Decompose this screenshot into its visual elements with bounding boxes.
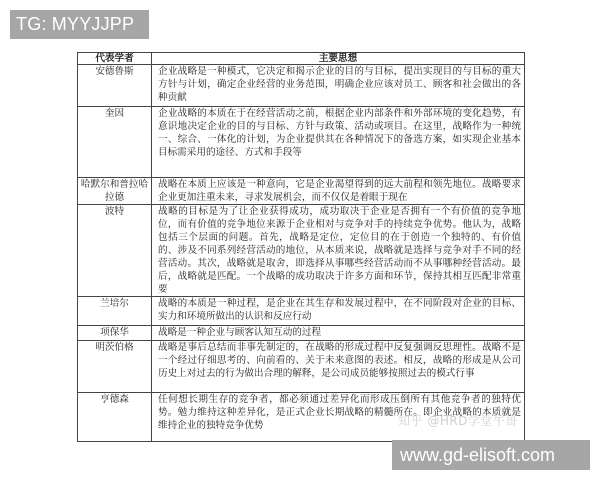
header-main-idea: 主要思想 xyxy=(152,53,525,65)
idea-cell: 战略是一种企业与顾客认知互动的过程 xyxy=(152,326,525,341)
bottom-url-tag: www.gd-elisoft.com xyxy=(392,440,590,470)
table-row: 安德鲁斯 企业战略是一种模式，它决定和揭示企业的目的与目标，提出实现目的与目标的… xyxy=(78,65,525,107)
idea-cell: 企业战略的本质在于在经营活动之前，根据企业内部条件和外部环境的变化趋势，有意识地… xyxy=(152,107,525,178)
table-header-row: 代表学者 主要思想 xyxy=(78,53,525,65)
top-tag-label: TG: MYYJJPP xyxy=(10,10,149,39)
table-row: 项保华 战略是一种企业与顾客认知互动的过程 xyxy=(78,326,525,341)
table-row: 波特 战略的目标是为了让企业获得成功，成功取决于企业是否拥有一个有价值的竞争地位… xyxy=(78,205,525,297)
scholar-cell: 明茨伯格 xyxy=(78,341,152,393)
scholar-cell: 亨德森 xyxy=(78,393,152,442)
idea-cell: 战略在本质上应该是一种意向，它是企业渴望得到的远大前程和领先地位。战略要求企业更… xyxy=(152,178,525,205)
scholar-cell: 波特 xyxy=(78,205,152,297)
scholar-cell: 哈默尔和普拉哈拉德 xyxy=(78,178,152,205)
table-row: 明茨伯格 战略是事后总结而非事先制定的，在战略的形成过程中反复强调反思理性。战略… xyxy=(78,341,525,393)
scholar-cell: 兰培尔 xyxy=(78,297,152,326)
watermark-text: 知乎 @HRD学堂午哥 xyxy=(398,412,518,429)
table-row: 奎因 企业战略的本质在于在经营活动之前，根据企业内部条件和外部环境的变化趋势，有… xyxy=(78,107,525,178)
idea-cell: 企业战略是一种模式，它决定和揭示企业的目的与目标，提出实现目的与目标的重大方针与… xyxy=(152,65,525,107)
header-scholar: 代表学者 xyxy=(78,53,152,65)
table-row: 兰培尔 战略的本质是一种过程，是企业在其生存和发展过程中，在不同阶段对企业的目标… xyxy=(78,297,525,326)
scholar-cell: 奎因 xyxy=(78,107,152,178)
table: 代表学者 主要思想 安德鲁斯 企业战略是一种模式，它决定和揭示企业的目的与目标，… xyxy=(77,52,525,442)
table-row: 哈默尔和普拉哈拉德 战略在本质上应该是一种意向，它是企业渴望得到的远大前程和领先… xyxy=(78,178,525,205)
idea-cell: 战略是事后总结而非事先制定的，在战略的形成过程中反复强调反思理性。战略不是一个经… xyxy=(152,341,525,393)
idea-cell: 战略的目标是为了让企业获得成功，成功取决于企业是否拥有一个有价值的竞争地位，而有… xyxy=(152,205,525,297)
scholar-cell: 安德鲁斯 xyxy=(78,65,152,107)
strategy-scholars-table: 代表学者 主要思想 安德鲁斯 企业战略是一种模式，它决定和揭示企业的目的与目标，… xyxy=(77,52,524,442)
idea-cell: 战略的本质是一种过程，是企业在其生存和发展过程中，在不同阶段对企业的目标、实力和… xyxy=(152,297,525,326)
scholar-cell: 项保华 xyxy=(78,326,152,341)
